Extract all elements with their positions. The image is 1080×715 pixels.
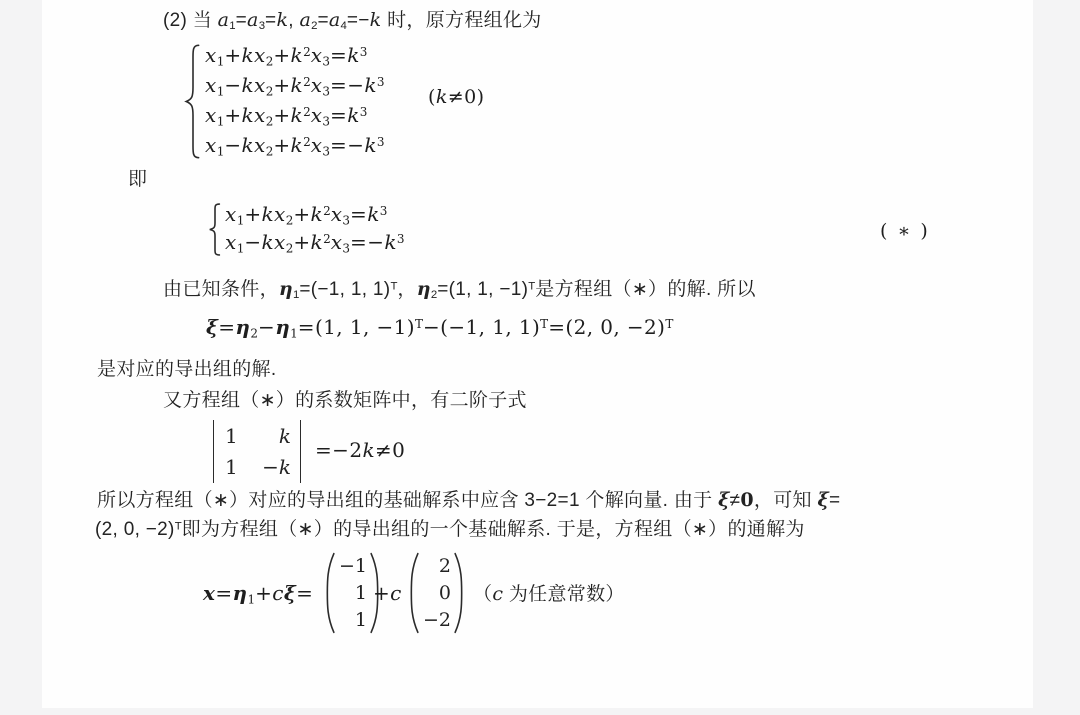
determinant-matrix: 1 k 1 −k: [213, 420, 301, 483]
vector-entry: 2: [419, 553, 451, 580]
right-paren: [453, 552, 466, 634]
star-equation-label: ( ∗ ): [880, 220, 930, 242]
scan-margin-bottom: [0, 708, 1080, 715]
vector-entry: −2: [419, 607, 451, 634]
equation-line: x1+kx2+k2x3=k3: [205, 100, 385, 130]
conclusion-line-1: 所以方程组（∗）对应的导出组的基础解系中应含 3−2=1 个解向量. 由于 ξ≠…: [97, 488, 997, 513]
scanned-textbook-page: (2) 当 a1=a3=k, a2=a4=−k 时，原方程组化为 x1+kx2+…: [0, 0, 1080, 715]
vector-entries: 2 0 −2: [419, 553, 451, 634]
vector-entry: 1: [335, 580, 367, 607]
det-cell: 1: [225, 454, 238, 480]
plus-c-term: +c: [373, 581, 402, 605]
vector-entries: −1 1 1: [335, 553, 367, 634]
derived-solution-note: 是对应的导出组的解.: [97, 358, 276, 382]
left-brace: [184, 43, 202, 160]
equation-line: x1−kx2+k2x3=−k3: [205, 70, 385, 100]
system4-lines: x1+kx2+k2x3=k3 x1−kx2+k2x3=−k3 x1+kx2+k2…: [205, 40, 385, 160]
vector-entry: 0: [419, 580, 451, 607]
equation-line: x1+kx2+k2x3=k3: [225, 201, 405, 229]
equation-system-2: x1+kx2+k2x3=k3 x1−kx2+k2x3=−k3: [208, 201, 628, 259]
equation-system-4: x1+kx2+k2x3=k3 x1−kx2+k2x3=−k3 x1+kx2+k2…: [184, 40, 604, 162]
det-cell: −k: [262, 454, 291, 480]
scan-margin-right: [1033, 0, 1080, 715]
det-cell: k: [279, 423, 291, 449]
general-solution-equation: x=η1+cξ= −1 1 1 +c 2 0 −2: [203, 551, 863, 641]
vector-xi: 2 0 −2: [407, 551, 465, 635]
condition-k-nonzero: (k≠0): [428, 86, 484, 108]
determinant-result: =−2k≠0: [315, 438, 405, 462]
determinant-row: 1 −k: [225, 454, 291, 480]
vector-entry: −1: [335, 553, 367, 580]
equation-line: x1+kx2+k2x3=k3: [205, 40, 385, 70]
second-order-minor: 1 k 1 −k =−2k≠0: [213, 420, 513, 484]
equation-line: x1−kx2+k2x3=−k3: [205, 130, 385, 160]
coefficient-matrix-note: 又方程组（∗）的系数矩阵中，有二阶子式: [163, 389, 527, 413]
case-2-intro-line: (2) 当 a1=a3=k, a2=a4=−k 时，原方程组化为: [163, 8, 542, 33]
equation-line: x1−kx2+k2x3=−k3: [225, 229, 405, 257]
vector-entry: 1: [335, 607, 367, 634]
determinant-row: 1 k: [225, 423, 291, 449]
left-brace: [208, 203, 222, 256]
scan-margin-left: [0, 0, 42, 715]
det-cell: 1: [225, 423, 238, 449]
system2-lines: x1+kx2+k2x3=k3 x1−kx2+k2x3=−k3: [225, 201, 405, 256]
general-solution-lhs: x=η1+cξ=: [203, 581, 313, 605]
arbitrary-constant-caption: （c 为任意常数）: [473, 582, 625, 607]
conclusion-line-2: (2, 0, −2)T即为方程组（∗）的导出组的一个基础解系. 于是，方程组（∗…: [95, 518, 995, 542]
xi-difference-equation: ξ=η2−η1=(1, 1, −1)T−(−1, 1, 1)T=(2, 0, −…: [206, 315, 673, 339]
then-word: 即: [128, 168, 147, 192]
known-conditions-line: 由已知条件，η1=(−1, 1, 1)T，η2=(1, 1, −1)T是方程组（…: [163, 277, 883, 302]
